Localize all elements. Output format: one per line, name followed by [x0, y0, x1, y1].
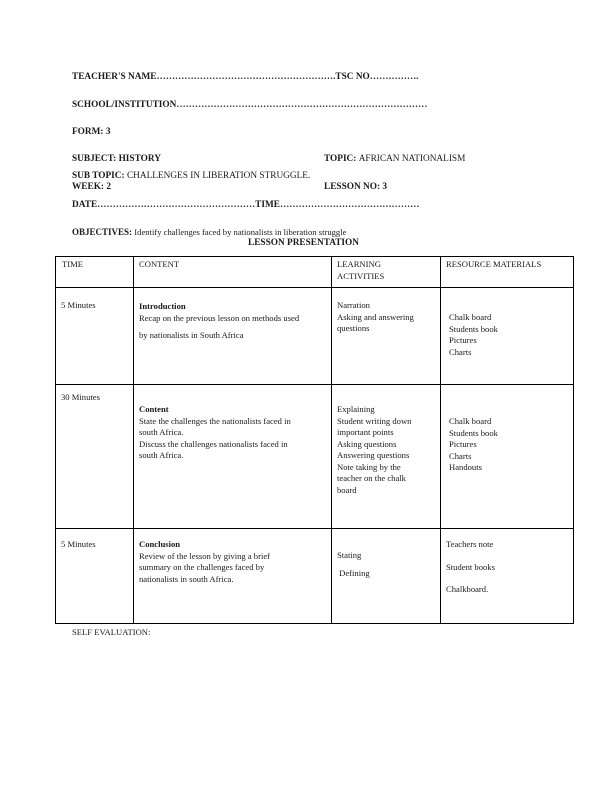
activities-cell: Narration Asking and answering questions — [332, 288, 441, 385]
week-field: WEEK: 2 — [72, 182, 111, 192]
subtopic-key: SUB TOPIC: — [72, 171, 127, 181]
self-evaluation-label: SELF EVALUATION: — [72, 627, 150, 637]
header-time: TIME — [56, 257, 134, 288]
content-cell: Conclusion Review of the lesson by givin… — [134, 529, 332, 624]
subtopic-field: SUB TOPIC: CHALLENGES IN LIBERATION STRU… — [72, 171, 310, 181]
activities-cell: Explaining Student writing down importan… — [332, 385, 441, 529]
time-cell: 5 Minutes — [56, 529, 134, 624]
resources-cell: Chalk board Students book Pictures Chart… — [441, 385, 574, 529]
table-row: 30 Minutes Content State the challenges … — [56, 385, 574, 529]
table-row: 5 Minutes Introduction Recap on the prev… — [56, 288, 574, 385]
subtopic-value: CHALLENGES IN LIBERATION STRUGGLE. — [127, 171, 310, 181]
table-header-row: TIME CONTENT LEARNINGACTIVITIES RESOURCE… — [56, 257, 574, 288]
objectives-key: OBJECTIVES: — [72, 227, 134, 237]
header-learning-activities: LEARNINGACTIVITIES — [332, 257, 441, 288]
header-content: CONTENT — [134, 257, 332, 288]
teacher-name-field: TEACHER'S NAME………………………………………………….TSC NO… — [72, 72, 419, 82]
topic-key: TOPIC: — [324, 154, 359, 164]
objectives-value: Identify challenges faced by nationalist… — [134, 227, 346, 237]
topic-value: AFRICAN NATIONALISM — [359, 154, 466, 164]
lesson-no-field: LESSON NO: 3 — [324, 182, 387, 192]
table-row: 5 Minutes Conclusion Review of the lesso… — [56, 529, 574, 624]
resources-cell: Teachers note Student books Chalkboard. — [441, 529, 574, 624]
resources-cell: Chalk board Students book Pictures Chart… — [441, 288, 574, 385]
activities-cell: Stating Defining — [332, 529, 441, 624]
school-field: SCHOOL/INSTITUTION…………………………………………………………… — [72, 100, 427, 110]
header-resource-materials: RESOURCE MATERIALS — [441, 257, 574, 288]
presentation-title: LESSON PRESENTATION — [248, 238, 359, 248]
topic-field: TOPIC: AFRICAN NATIONALISM — [324, 154, 465, 164]
subject-field: SUBJECT: HISTORY — [72, 154, 161, 164]
time-cell: 30 Minutes — [56, 385, 134, 529]
date-time-field: DATE……………………………………………TIME……………………………………… — [72, 200, 419, 210]
lesson-table: TIME CONTENT LEARNINGACTIVITIES RESOURCE… — [55, 256, 574, 624]
content-cell: Content State the challenges the nationa… — [134, 385, 332, 529]
content-cell: Introduction Recap on the previous lesso… — [134, 288, 332, 385]
time-cell: 5 Minutes — [56, 288, 134, 385]
objectives: OBJECTIVES: Identify challenges faced by… — [72, 227, 346, 237]
form-field: FORM: 3 — [72, 127, 110, 137]
